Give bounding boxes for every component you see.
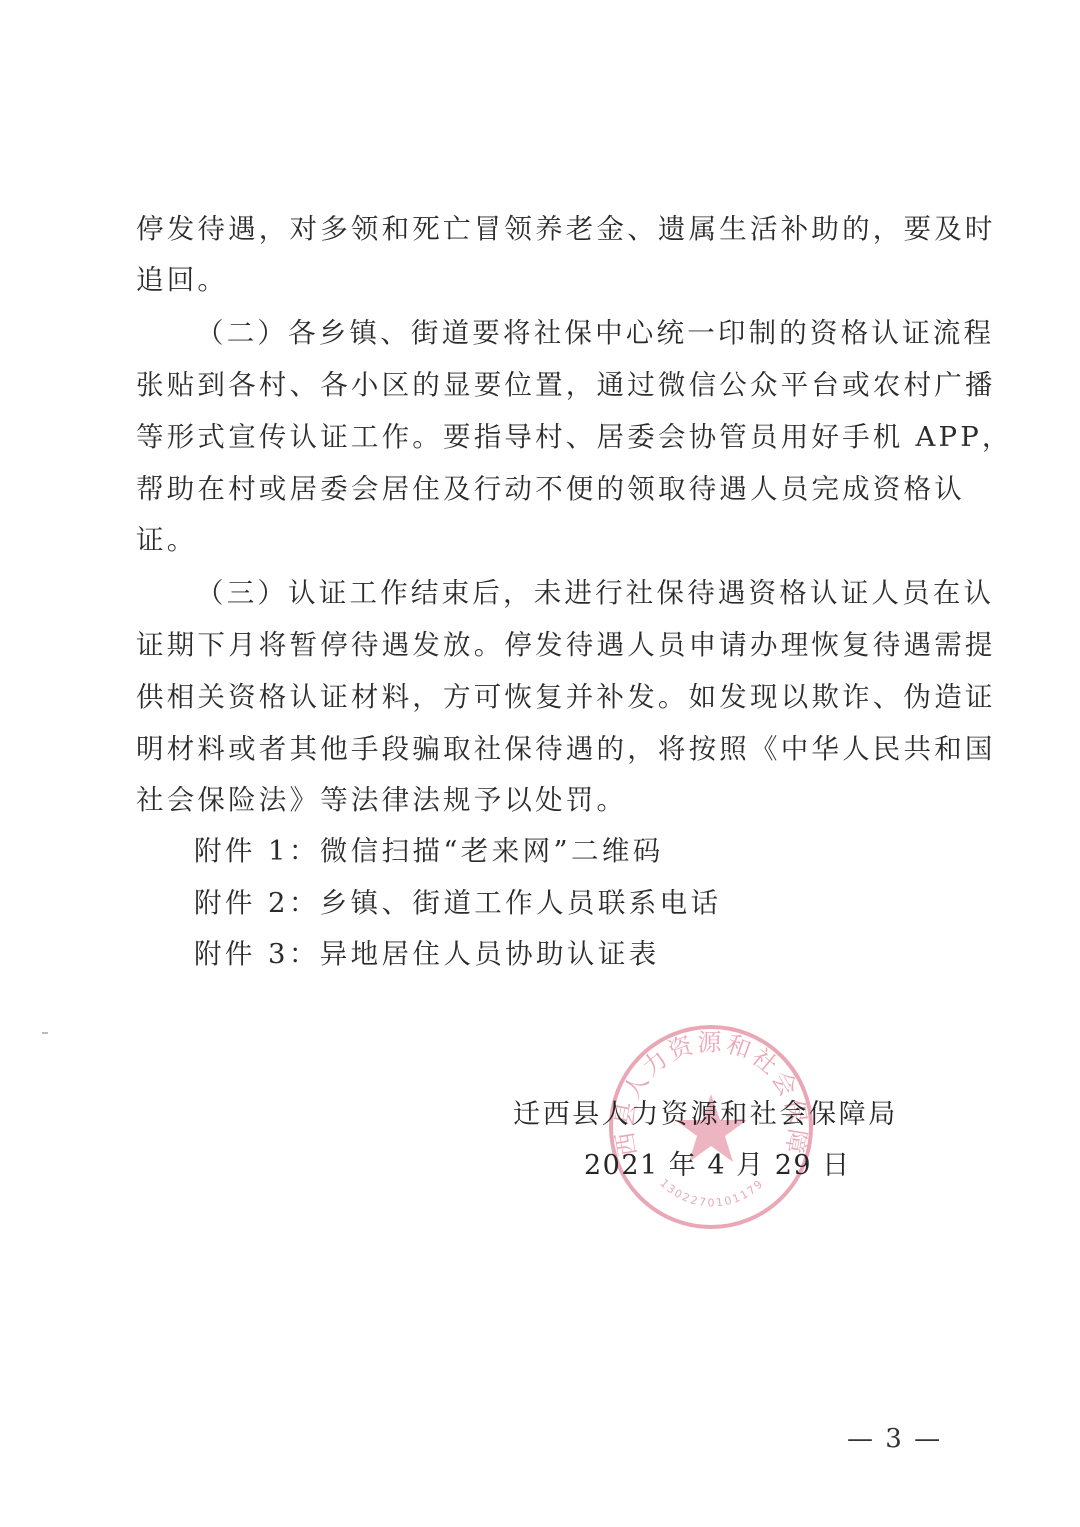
section-3-line: 证期下月将暂停待遇发放。停发待遇人员申请办理恢复待遇需提 xyxy=(136,628,936,662)
page-number: — 3 — xyxy=(847,1424,942,1454)
section-2-line: 帮助在村或居委会居住及行动不便的领取待遇人员完成资格认 xyxy=(136,472,936,506)
section-2-line: 张贴到各村、各小区的显要位置，通过微信公众平台或农村广播 xyxy=(136,368,936,402)
section-2-line: 等形式宣传认证工作。要指导村、居委会协管员用好手机 APP， xyxy=(136,420,936,454)
section-2-heading-line: （二）各乡镇、街道要将社保中心统一印制的资格认证流程 xyxy=(196,316,942,350)
document-page: 停发待遇，对多领和死亡冒领养老金、遗属生活补助的，要及时 追回。 （二）各乡镇、… xyxy=(0,0,1080,1527)
attachment-3: 附件 3：异地居住人员协助认证表 xyxy=(194,937,994,971)
issuer-name: 迁西县人力资源和社会保障局 xyxy=(513,1092,898,1131)
attachment-2: 附件 2：乡镇、街道工作人员联系电话 xyxy=(194,886,994,920)
scan-speck xyxy=(42,1032,48,1034)
attachment-1: 附件 1：微信扫描“老来网”二维码 xyxy=(194,834,994,868)
paragraph-line: 追回。 xyxy=(136,263,936,297)
section-3-line: 供相关资格认证材料，方可恢复并补发。如发现以欺诈、伪造证 xyxy=(136,680,936,714)
paragraph-line: 停发待遇，对多领和死亡冒领养老金、遗属生活补助的，要及时 xyxy=(136,212,936,246)
issue-date: 2021 年 4 月 29 日 xyxy=(584,1143,851,1182)
section-2-line: 证。 xyxy=(136,523,936,557)
section-3-line: 社会保险法》等法律法规予以处罚。 xyxy=(136,783,936,817)
section-3-heading-line: （三）认证工作结束后，未进行社保待遇资格认证人员在认 xyxy=(196,576,942,610)
section-3-line: 明材料或者其他手段骗取社保待遇的，将按照《中华人民共和国 xyxy=(136,732,936,766)
